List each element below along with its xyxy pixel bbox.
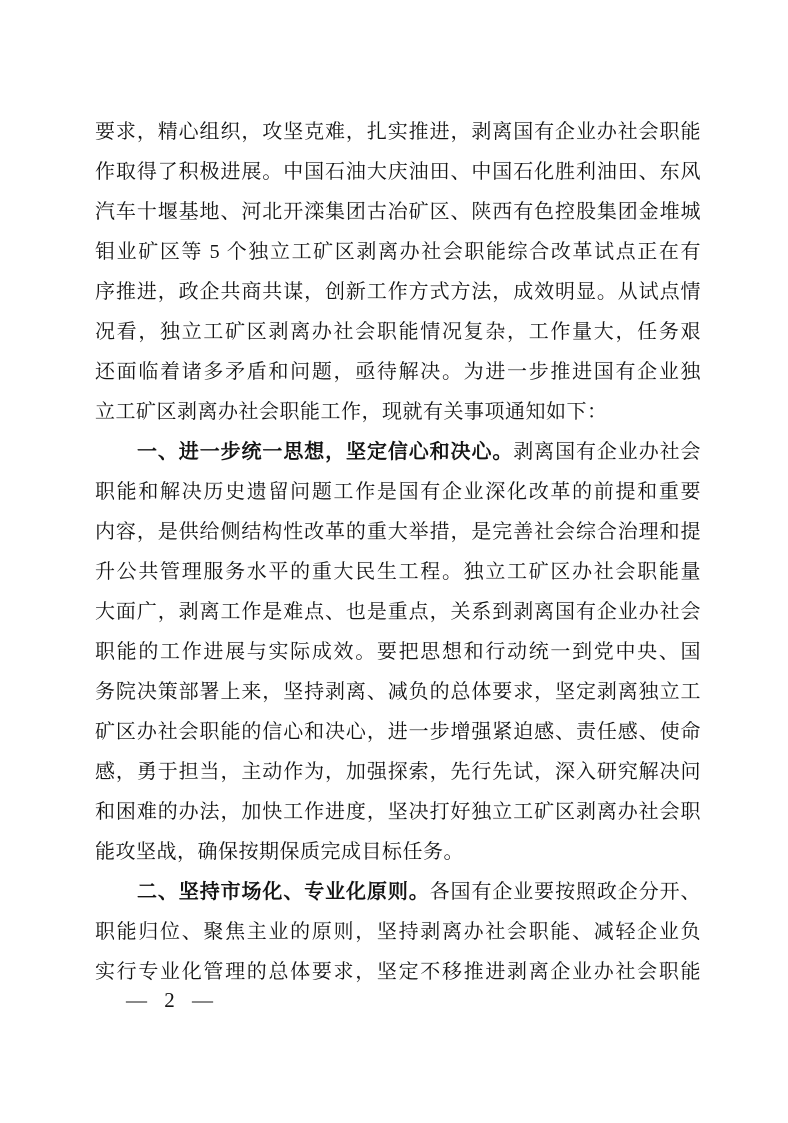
text-line: 务院决策部署上来，坚持剥离、减负的总体要求，坚定剥离独立工 — [95, 672, 701, 712]
line-text: 各国有企业要按照政企分开、 — [430, 881, 701, 903]
text-line: 要求，精心组织，攻坚克难，扎实推进，剥离国有企业办社会职能工 — [95, 112, 701, 152]
line-text: 升公共管理服务水平的重大民生工程。独立工矿区办社会职能量 — [95, 561, 701, 583]
line-text: 汽车十堰基地、河北开滦集团古冶矿区、陕西有色控股集团金堆城 — [95, 201, 701, 223]
text-line: 升公共管理服务水平的重大民生工程。独立工矿区办社会职能量 — [95, 552, 701, 592]
line-text: 序推进，政企共商共谋，创新工作方式方法，成效明显。从试点情 — [95, 281, 701, 303]
text-line: 感，勇于担当，主动作为，加强探索，先行先试，深入研究解决问题 — [95, 752, 701, 792]
text-line: 职能和解决历史遗留问题工作是国有企业深化改革的前提和重要 — [95, 472, 701, 512]
line-text: 实行专业化管理的总体要求，坚定不移推进剥离企业办社会职能 — [95, 961, 701, 983]
line-text: 还面临着诸多矛盾和问题，亟待解决。为进一步推进国有企业独 — [95, 361, 701, 383]
text-line: 二、坚持市场化、专业化原则。各国有企业要按照政企分开、 — [95, 872, 701, 912]
line-text: 作取得了积极进展。中国石油大庆油田、中国石化胜利油田、东风 — [95, 161, 701, 183]
section-heading: 二、坚持市场化、专业化原则。 — [137, 881, 430, 903]
line-text: 能攻坚战，确保按期保质完成目标任务。 — [95, 841, 464, 863]
line-text: 务院决策部署上来，坚持剥离、减负的总体要求，坚定剥离独立工 — [95, 681, 701, 703]
text-line: 一、进一步统一思想，坚定信心和决心。剥离国有企业办社会 — [95, 432, 701, 472]
document-body: 要求，精心组织，攻坚克难，扎实推进，剥离国有企业办社会职能工作取得了积极进展。中… — [95, 112, 701, 992]
text-line: 职能归位、聚焦主业的原则，坚持剥离办社会职能、减轻企业负担、 — [95, 912, 701, 952]
text-line: 作取得了积极进展。中国石油大庆油田、中国石化胜利油田、东风 — [95, 152, 701, 192]
line-text: 和困难的办法，加快工作进度，坚决打好独立工矿区剥离办社会职 — [95, 801, 701, 823]
line-text: 大面广，剥离工作是难点、也是重点，关系到剥离国有企业办社会 — [95, 601, 701, 623]
text-line: 大面广，剥离工作是难点、也是重点，关系到剥离国有企业办社会 — [95, 592, 701, 632]
text-line: 职能的工作进展与实际成效。要把思想和行动统一到党中央、国 — [95, 632, 701, 672]
text-line: 内容，是供给侧结构性改革的重大举措，是完善社会综合治理和提 — [95, 512, 701, 552]
text-line: 钼业矿区等 5 个独立工矿区剥离办社会职能综合改革试点正在有 — [95, 232, 701, 272]
text-line: 矿区办社会职能的信心和决心，进一步增强紧迫感、责任感、使命 — [95, 712, 701, 752]
line-text: 感，勇于担当，主动作为，加强探索，先行先试，深入研究解决问题 — [95, 761, 701, 792]
line-text: 矿区办社会职能的信心和决心，进一步增强紧迫感、责任感、使命 — [95, 721, 701, 743]
line-text: 职能和解决历史遗留问题工作是国有企业深化改革的前提和重要 — [95, 481, 701, 503]
line-text: 职能归位、聚焦主业的原则，坚持剥离办社会职能、减轻企业负担、 — [95, 921, 701, 952]
document-page: 要求，精心组织，攻坚克难，扎实推进，剥离国有企业办社会职能工作取得了积极进展。中… — [0, 0, 788, 1123]
text-line: 能攻坚战，确保按期保质完成目标任务。 — [95, 832, 701, 872]
line-text: 立工矿区剥离办社会职能工作，现就有关事项通知如下： — [95, 401, 608, 423]
text-line: 立工矿区剥离办社会职能工作，现就有关事项通知如下： — [95, 392, 701, 432]
text-line: 序推进，政企共商共谋，创新工作方式方法，成效明显。从试点情 — [95, 272, 701, 312]
line-text: 况看，独立工矿区剥离办社会职能情况复杂，工作量大，任务艰巨， — [95, 321, 701, 352]
line-text: 职能的工作进展与实际成效。要把思想和行动统一到党中央、国 — [95, 641, 701, 663]
line-text: 剥离国有企业办社会 — [513, 441, 701, 463]
line-text: 内容，是供给侧结构性改革的重大举措，是完善社会综合治理和提 — [95, 521, 701, 543]
page-number: — 2 — — [126, 986, 219, 1014]
text-line: 汽车十堰基地、河北开滦集团古冶矿区、陕西有色控股集团金堆城 — [95, 192, 701, 232]
text-line: 况看，独立工矿区剥离办社会职能情况复杂，工作量大，任务艰巨， — [95, 312, 701, 352]
section-heading: 一、进一步统一思想，坚定信心和决心。 — [137, 441, 513, 463]
line-text: 要求，精心组织，攻坚克难，扎实推进，剥离国有企业办社会职能工 — [95, 121, 701, 152]
text-line: 和困难的办法，加快工作进度，坚决打好独立工矿区剥离办社会职 — [95, 792, 701, 832]
line-text: 钼业矿区等 5 个独立工矿区剥离办社会职能综合改革试点正在有 — [95, 241, 701, 263]
text-line: 还面临着诸多矛盾和问题，亟待解决。为进一步推进国有企业独 — [95, 352, 701, 392]
